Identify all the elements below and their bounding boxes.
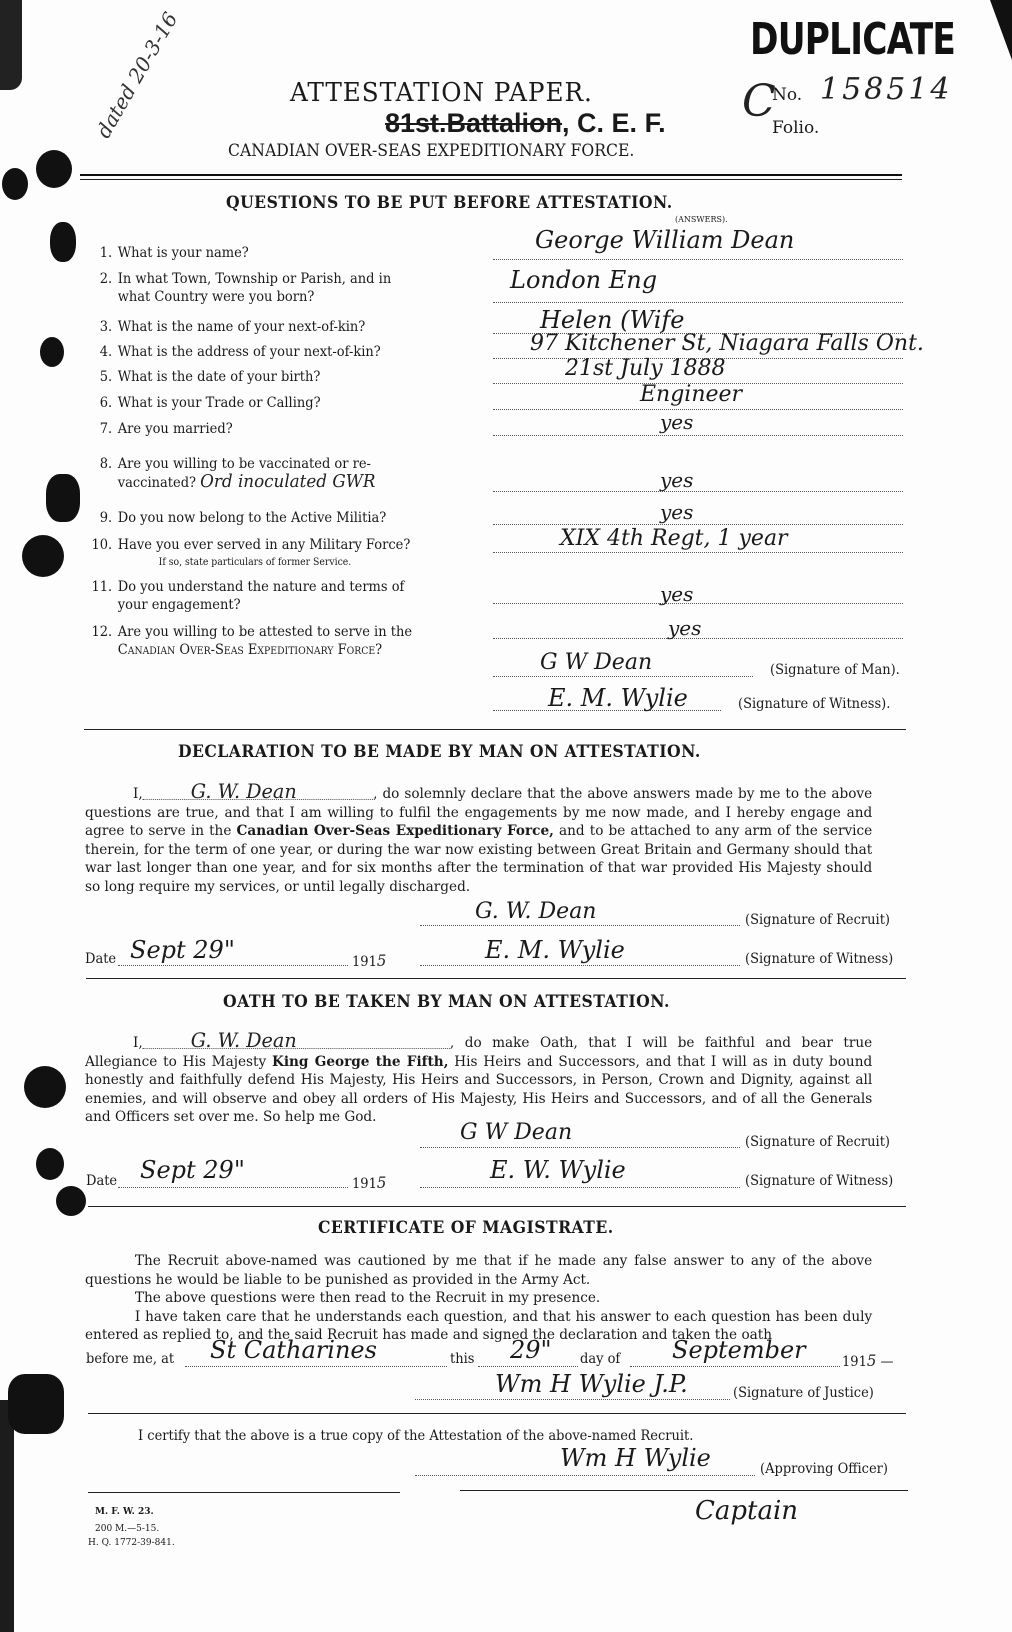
before-me-label: before me, at	[86, 1351, 174, 1367]
place-value: St Catharines	[210, 1336, 377, 1364]
answer-12: yes	[668, 616, 701, 640]
declaration-heading: DECLARATION TO BE MADE BY MAN ON ATTESTA…	[178, 742, 701, 762]
magistrate-paragraph-2: The above questions were then read to th…	[85, 1289, 872, 1308]
oath-date-line	[118, 1187, 348, 1188]
declaration-text: I,G. W. Dean, do solemnly declare that t…	[85, 783, 872, 896]
decl-sig-witness-line	[420, 965, 740, 966]
answer-3: Helen (Wife	[540, 306, 684, 334]
battalion-line: 81st.Battalion, C. E. F.	[385, 108, 666, 139]
attestation-paper: dated 20-3-16 DUPLICATE ATTESTATION PAPE…	[0, 0, 1012, 1632]
answer-line-9	[493, 524, 903, 525]
oath-sig-recruit-line	[420, 1147, 740, 1148]
magistrate-text: The Recruit above-named was cautioned by…	[85, 1252, 872, 1345]
battalion-struck: 81st.Battalion	[385, 108, 562, 138]
answer-line-2	[493, 302, 903, 303]
force-title: CANADIAN OVER-SEAS EXPEDITIONARY FORCE.	[228, 141, 634, 161]
folio-label: Folio.	[772, 118, 819, 138]
question-10: 10.Have you ever served in any Military …	[88, 536, 460, 572]
place-line	[185, 1366, 447, 1367]
answer-8: yes	[660, 468, 693, 492]
day-of-label: day of	[580, 1351, 620, 1367]
answers-label: (ANSWERS).	[675, 215, 728, 224]
punch-hole	[40, 337, 64, 367]
declaration-signature-witness-label: (Signature of Witness)	[745, 951, 893, 967]
answer-line-7	[493, 435, 903, 436]
oath-text: I,G. W. Dean, do make Oath, that I will …	[85, 1032, 872, 1127]
declaration-date: Sept 29"	[130, 936, 235, 964]
scan-shadow-top-right	[990, 0, 1012, 60]
question-11: 11.Do you understand the nature and term…	[88, 578, 460, 614]
question-7: 7.Are you married?	[88, 420, 460, 438]
c-mark: C	[742, 76, 776, 127]
hq-reference: H. Q. 1772-39-841.	[88, 1536, 175, 1550]
questions-heading: QUESTIONS TO BE PUT BEFORE ATTESTATION.	[226, 193, 673, 213]
signature-of-justice: Wm H Wylie J.P.	[495, 1370, 688, 1398]
declaration-signature-recruit: G. W. Dean	[475, 899, 596, 924]
answer-9: yes	[660, 500, 693, 524]
regimental-number: 158514	[820, 72, 953, 107]
answer-line-11	[493, 603, 903, 604]
decl-sig-recruit-line	[420, 925, 740, 926]
declaration-signature-recruit-label: (Signature of Recruit)	[745, 912, 890, 928]
day-value: 29"	[510, 1336, 552, 1364]
page-title: ATTESTATION PAPER.	[290, 78, 593, 108]
punch-hole	[24, 1066, 66, 1108]
magistrate-year: 1915 —	[842, 1351, 893, 1370]
signature-of-approving-officer: Wm H Wylie	[560, 1444, 711, 1472]
answer-line-8	[493, 491, 903, 492]
justice-sig-line	[415, 1399, 730, 1400]
scan-shadow-top-left	[0, 0, 22, 90]
print-run: 200 M.—5-15.	[95, 1522, 159, 1536]
oath-heading: OATH TO BE TAKEN BY MAN ON ATTESTATION.	[223, 992, 670, 1012]
punch-hole	[56, 1186, 86, 1216]
margin-annotation: dated 20-3-16	[91, 8, 182, 142]
question-12: 12.Are you willing to be attested to ser…	[88, 623, 460, 659]
oath-signature-witness-label: (Signature of Witness)	[745, 1173, 893, 1189]
question-1: 1.What is your name?	[88, 244, 460, 262]
magistrate-paragraph-1: The Recruit above-named was cautioned by…	[85, 1252, 872, 1289]
this-label: this	[450, 1351, 474, 1367]
duplicate-stamp: DUPLICATE	[750, 14, 955, 65]
signature-of-witness-label: (Signature of Witness).	[738, 696, 890, 712]
question-2: 2.In what Town, Township or Parish, and …	[88, 270, 460, 306]
header-divider	[80, 174, 902, 180]
oath-signature-witness: E. W. Wylie	[490, 1156, 626, 1184]
officer-sig-line	[415, 1475, 755, 1476]
answer-5: 21st July 1888	[565, 356, 726, 381]
oath-sig-witness-line	[420, 1187, 740, 1188]
punch-hole	[36, 1148, 64, 1180]
sig-man-line	[493, 676, 753, 677]
answer-2: London Eng	[510, 266, 657, 294]
declaration-year: 1915	[352, 951, 386, 970]
certification-text: I certify that the above is a true copy …	[138, 1428, 693, 1444]
month-value: September	[672, 1336, 806, 1364]
magistrate-heading: CERTIFICATE OF MAGISTRATE.	[318, 1218, 614, 1238]
scan-shadow-left-edge	[0, 1400, 14, 1632]
signature-of-justice-label: (Signature of Justice)	[733, 1385, 874, 1401]
answer-6: Engineer	[640, 382, 742, 407]
officer-rank: Captain	[695, 1496, 798, 1526]
answer-4: 97 Kitchener St, Niagara Falls Ont.	[530, 331, 924, 356]
signature-of-man: G W Dean	[540, 650, 652, 675]
answer-7: yes	[660, 410, 693, 434]
oath-signature-recruit: G W Dean	[460, 1120, 572, 1145]
oath-date-label: Date	[86, 1173, 117, 1189]
battalion-cef: , C. E. F.	[562, 108, 666, 138]
answer-1: George William Dean	[535, 226, 794, 254]
question-8: 8.Are you willing to be vaccinated or re…	[88, 455, 460, 492]
declaration-signature-witness: E. M. Wylie	[485, 936, 625, 964]
answer-line-10	[493, 552, 903, 553]
signature-of-man-label: (Signature of Man).	[770, 662, 900, 678]
approving-officer-label: (Approving Officer)	[760, 1461, 888, 1477]
punch-hole	[36, 150, 72, 188]
question-5: 5.What is the date of your birth?	[88, 368, 460, 386]
decl-date-line	[118, 965, 348, 966]
oath-signature-recruit-label: (Signature of Recruit)	[745, 1134, 890, 1150]
punch-hole	[46, 474, 80, 522]
declaration-name-fill: G. W. Dean	[143, 783, 373, 800]
day-line	[478, 1366, 578, 1367]
signature-of-witness: E. M. Wylie	[548, 684, 688, 712]
section-divider	[84, 729, 906, 730]
punch-hole	[2, 168, 28, 200]
question-9: 9.Do you now belong to the Active Militi…	[88, 509, 460, 527]
month-line	[630, 1366, 840, 1367]
oath-year: 1915	[352, 1173, 386, 1192]
number-label: No.	[772, 85, 802, 105]
section-divider	[88, 1413, 906, 1414]
question-6: 6.What is your Trade or Calling?	[88, 394, 460, 412]
section-divider	[86, 978, 906, 979]
footer-rule-right	[460, 1490, 908, 1491]
declaration-date-label: Date	[85, 951, 116, 967]
punch-hole	[50, 222, 76, 262]
answer-line-6	[493, 409, 903, 410]
question-4: 4.What is the address of your next-of-ki…	[88, 343, 460, 361]
answer-line-1	[493, 259, 903, 260]
oath-name-fill: G. W. Dean	[143, 1032, 450, 1049]
form-number: M. F. W. 23.	[95, 1505, 154, 1519]
oath-date: Sept 29"	[140, 1156, 245, 1184]
question-3: 3.What is the name of your next-of-kin?	[88, 318, 460, 336]
answer-10: XIX 4th Regt, 1 year	[560, 526, 788, 551]
answer-11: yes	[660, 582, 693, 606]
punch-hole	[8, 1374, 64, 1434]
vaccination-note: Ord inoculated GWR	[200, 471, 375, 492]
footer-rule-left	[88, 1492, 400, 1493]
section-divider	[88, 1206, 906, 1207]
punch-hole	[22, 535, 64, 577]
